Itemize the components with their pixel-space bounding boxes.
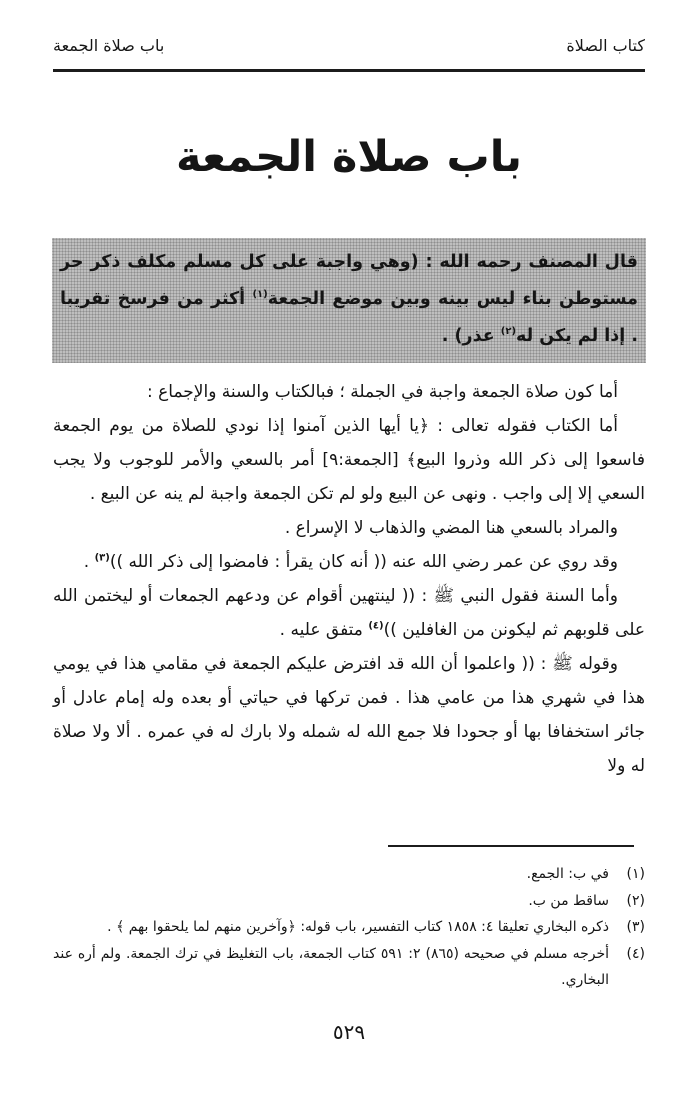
running-header: كتاب الصلاة باب صلاة الجمعة [53,36,645,55]
footnote-text: ساقط من ب. [53,888,609,915]
footnote-marker: (٤) [609,941,645,968]
matn-text: عذر) . [442,326,501,346]
paragraph-text: وقد روي عن عمر رضي الله عنه (( أنه كان ي… [110,552,618,572]
footnote-marker: (٢) [609,888,645,915]
footnote-ref-4: (٤) [368,620,383,631]
paragraph: وقوله ﷺ : (( واعلموا أن الله قد افترض عل… [53,647,645,783]
book-page: كتاب الصلاة باب صلاة الجمعة باب صلاة الج… [0,0,698,1102]
footnotes-section: (١) في ب: الجمع. (٢) ساقط من ب. (٣) ذكره… [53,861,645,994]
page-number: ٥٢٩ [0,1020,698,1044]
footnote-text: ذكره البخاري تعليقا ٤: ١٨٥٨ كتاب التفسير… [53,914,609,941]
footnote-ref-1: (١) [252,289,267,300]
header-chapter-title: باب صلاة الجمعة [53,36,164,55]
paragraph: وقد روي عن عمر رضي الله عنه (( أنه كان ي… [53,545,645,579]
header-book-title: كتاب الصلاة [566,36,645,55]
footnote-text: في ب: الجمع. [53,861,609,888]
page-title: باب صلاة الجمعة [0,132,698,182]
footnote-marker: (٣) [609,914,645,941]
commentary-text: أما كون صلاة الجمعة واجبة في الجملة ؛ فب… [53,375,645,783]
paragraph-text: متفق عليه . [280,620,369,640]
paragraph: أما الكتاب فقوله تعالى : ﴿يا أيها الذين … [53,409,645,511]
footnote-ref-2: (٢) [501,326,516,337]
footnote: (١) في ب: الجمع. [53,861,645,888]
paragraph: والمراد بالسعي هنا المضي والذهاب لا الإس… [53,511,645,545]
footnote: (٣) ذكره البخاري تعليقا ٤: ١٨٥٨ كتاب الت… [53,914,645,941]
footnote-text: أخرجه مسلم في صحيحه (٨٦٥) ٢: ٥٩١ كتاب ال… [53,941,609,994]
footnote-separator [388,845,634,847]
matn-highlighted-block: قال المصنف رحمه الله : (وهي واجبة على كل… [52,238,646,363]
header-rule [53,69,645,72]
footnote: (٢) ساقط من ب. [53,888,645,915]
paragraph-text: . [84,552,95,572]
paragraph: وأما السنة فقول النبي ﷺ : (( لينتهين أقو… [53,579,645,647]
footnote: (٤) أخرجه مسلم في صحيحه (٨٦٥) ٢: ٥٩١ كتا… [53,941,645,994]
paragraph: أما كون صلاة الجمعة واجبة في الجملة ؛ فب… [53,375,645,409]
footnote-ref-3: (٣) [95,552,110,563]
footnote-marker: (١) [609,861,645,888]
